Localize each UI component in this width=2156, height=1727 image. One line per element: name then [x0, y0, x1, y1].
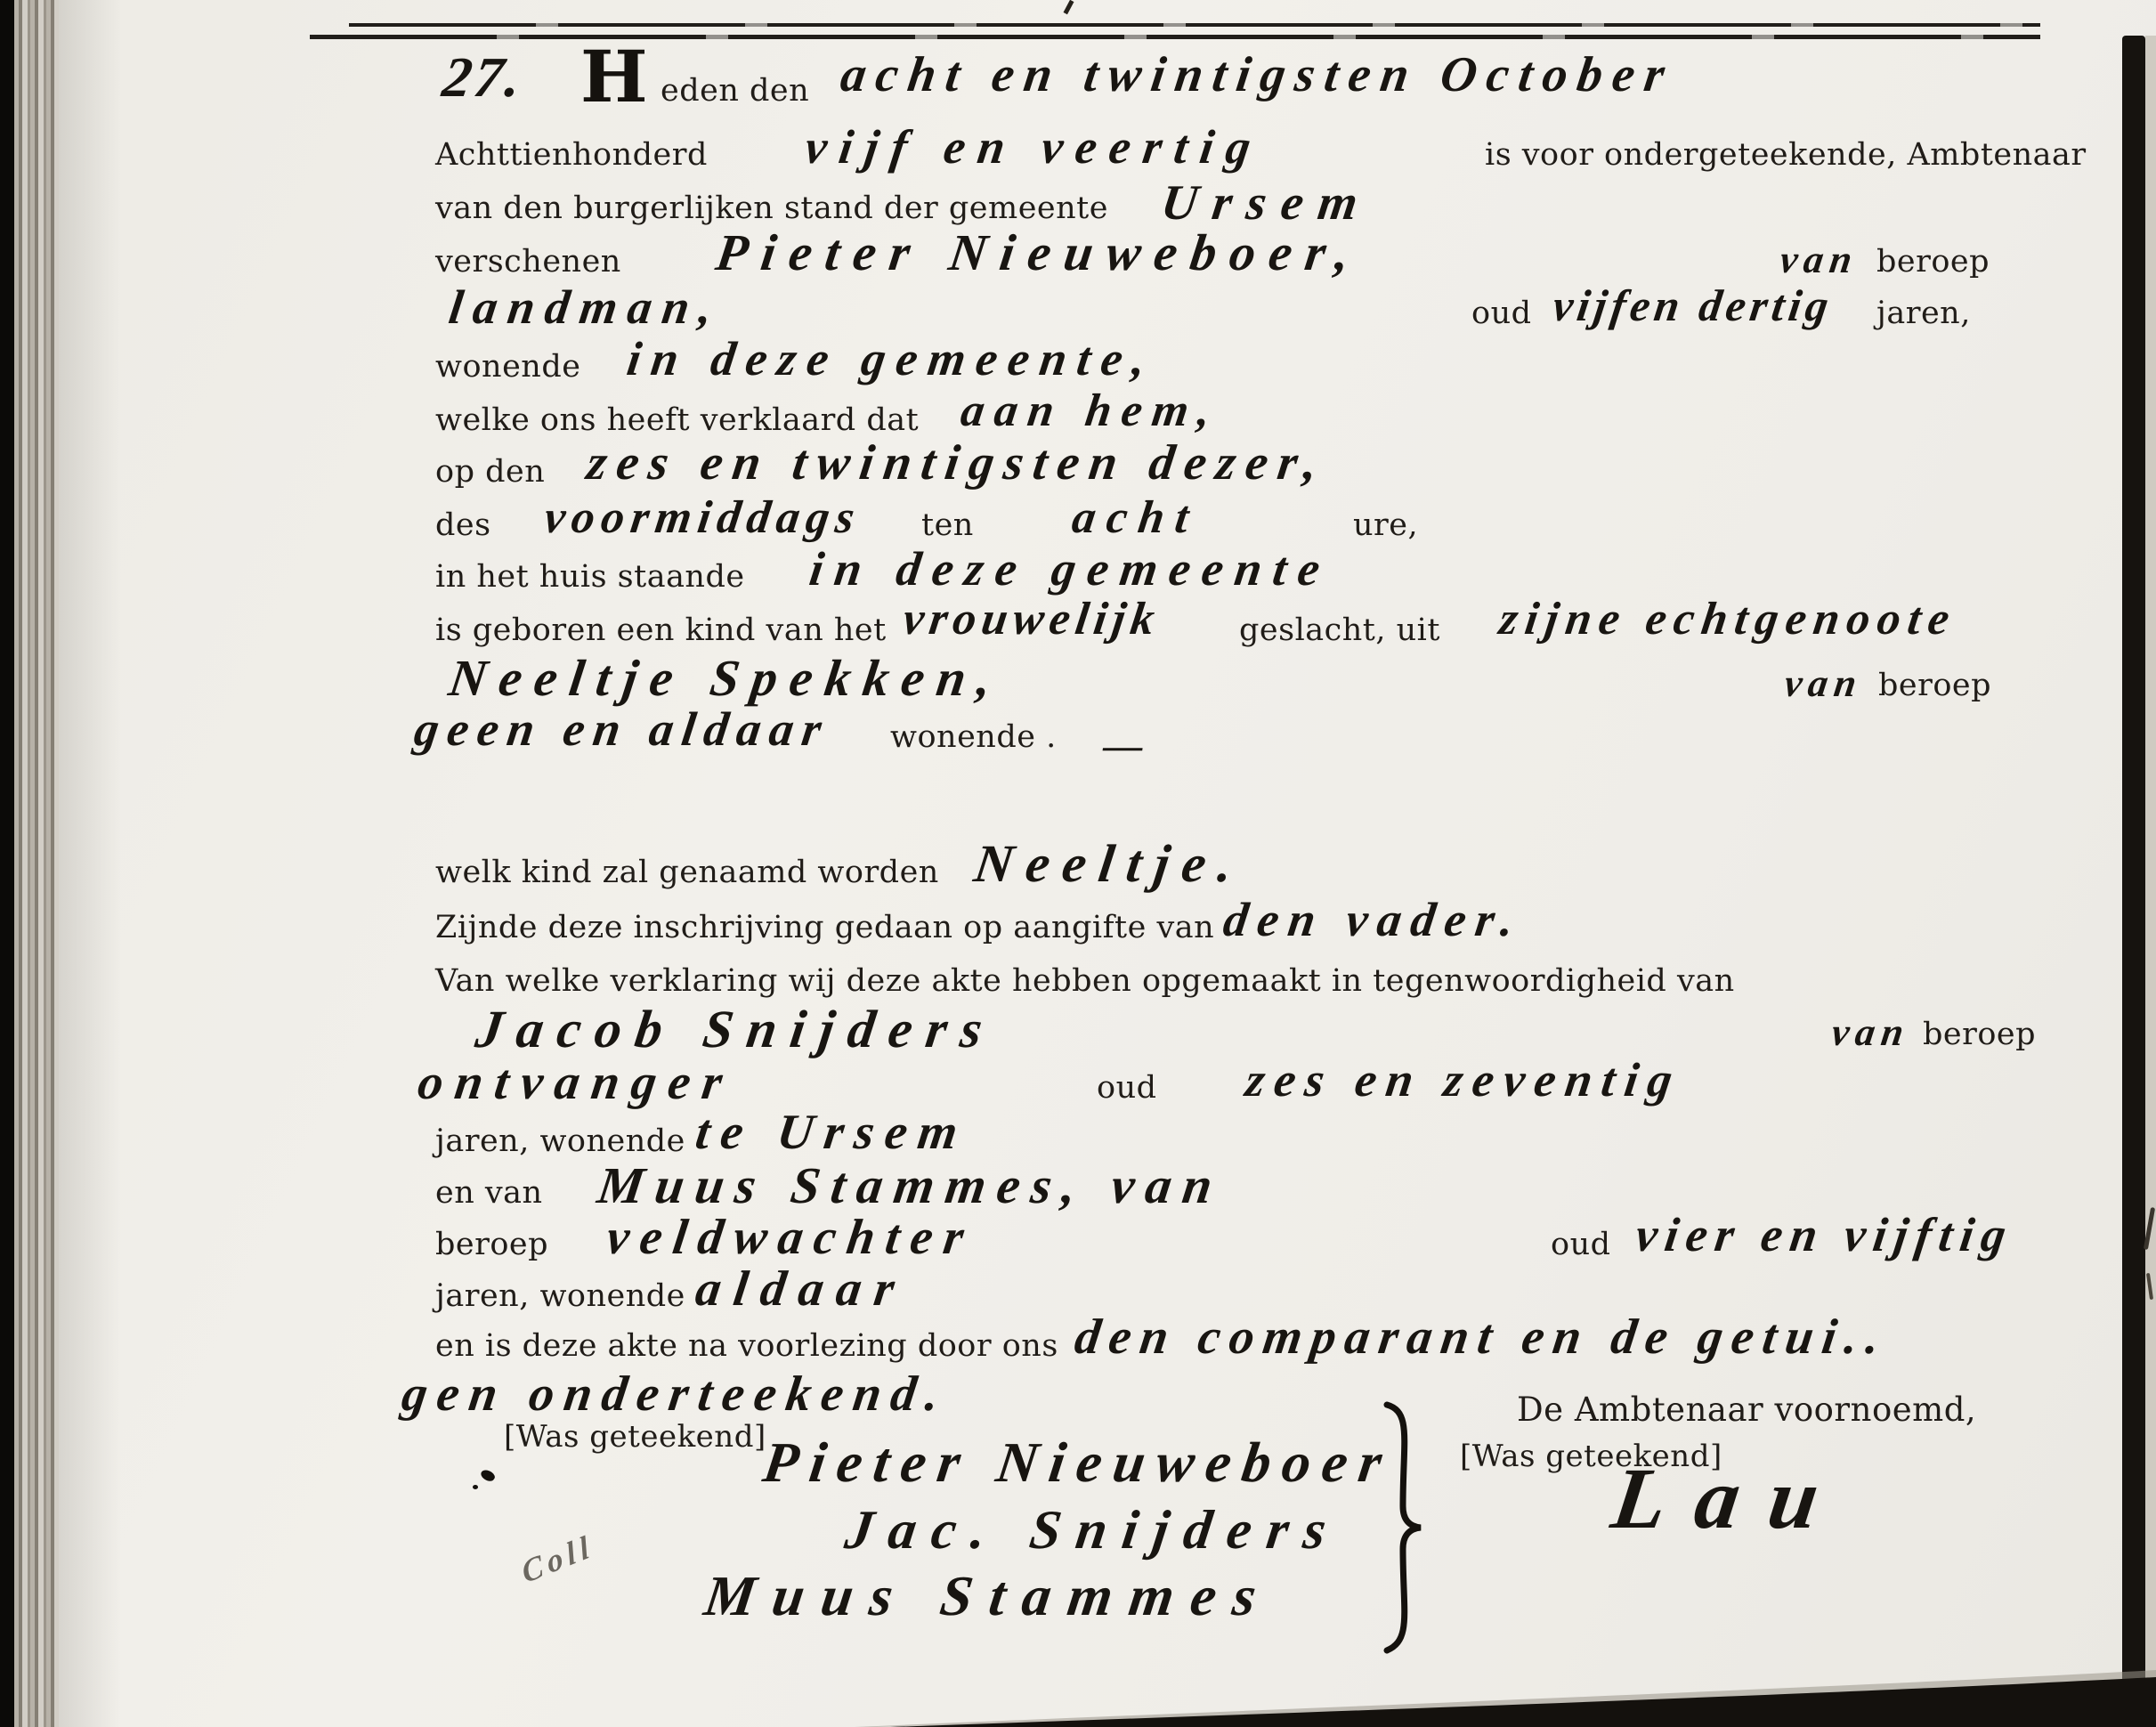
hand-closing-continued: gen onderteekend.	[399, 1366, 952, 1423]
hand-aan-hem: aan hem,	[958, 385, 1224, 437]
form-line-18: ontvanger oud zes en zeventig	[0, 1058, 2156, 1113]
printed-achttienhonderd: Achttienhonderd	[435, 137, 708, 173]
hand-witness1-age: zes en zeventig	[1243, 1052, 1686, 1107]
printed-op-den: op den	[435, 454, 545, 490]
top-rule-lower	[310, 35, 2040, 39]
form-line-16: Van welke verklaring wij deze akte hebbe…	[0, 951, 2156, 1006]
hand-witness2-residence: aldaar	[693, 1261, 912, 1318]
signature-brace	[1378, 1401, 1435, 1654]
hand-dash: —	[1100, 723, 1152, 768]
form-line-1: 27. H eden den acht en twintigsten Octob…	[0, 46, 2156, 101]
form-line-5: landman, oud vijfen dertig jaren,	[0, 283, 2156, 338]
printed-official-intro: is voor ondergeteekende, Ambtenaar	[1485, 137, 2087, 173]
printed-wonende-2: wonende .	[890, 719, 1057, 755]
form-line-17: Jacob Snijders van beroep	[0, 1002, 2156, 1058]
signature-witness1: Jac. Snijders	[841, 1499, 1345, 1562]
printed-jaren-wonende-2: jaren, wonende	[435, 1278, 685, 1314]
printed-beroep-4: beroep	[435, 1227, 548, 1262]
hand-gender: vrouwelijk	[900, 593, 1163, 645]
coll-mark: Coll	[518, 1526, 597, 1591]
hand-witness1-name: Jacob Snijders	[472, 999, 1000, 1060]
printed-witness-intro: Van welke verklaring wij deze akte hebbe…	[435, 963, 1735, 999]
form-line-12: Neeltje Spekken, van beroep	[0, 653, 2156, 709]
hand-closing: den comparant en de getui..	[1072, 1309, 1893, 1366]
printed-wonende-1: wonende	[435, 349, 580, 385]
hand-daypart: voormiddags	[541, 491, 864, 544]
printed-child-named: welk kind zal genaamd worden	[435, 855, 939, 890]
printed-declaration: welke ons heeft verklaard dat	[435, 402, 919, 438]
hand-year: vijf en veertig	[802, 119, 1267, 174]
printed-geslacht-uit: geslacht, uit	[1239, 612, 1440, 648]
signature-official: Lau	[1606, 1449, 1854, 1549]
page-curl-shadow	[0, 1652, 2156, 1727]
form-line-23: en is deze akte na voorlezing door ons d…	[0, 1316, 2156, 1371]
printed-heden-den: eden den	[661, 73, 809, 109]
hand-declarant-age: vijfen dertig	[1550, 280, 1836, 331]
ink-blob	[479, 1467, 496, 1483]
act-number: 27.	[439, 45, 528, 110]
form-line-2: Achttienhonderd vijf en veertig is voor …	[0, 125, 2156, 180]
hand-house-location: in deze gemeente	[806, 541, 1335, 596]
signature-witness2: Muus Stammes	[701, 1563, 1277, 1629]
hand-child-name: Neeltje.	[970, 833, 1249, 895]
hand-mother-name: Neeltje Spekken,	[445, 648, 1008, 708]
stray-ink-mark	[1064, 0, 1074, 14]
hand-witness2-occupation: veldwachter	[604, 1209, 978, 1266]
printed-jaren-wonende-1: jaren, wonende	[435, 1123, 685, 1159]
printed-oud-1: oud	[1471, 296, 1532, 331]
form-line-11: is geboren een kind van het vrouwelijk g…	[0, 600, 2156, 655]
top-rule-upper	[349, 23, 2040, 27]
hand-birth-day: zes en twintigsten dezer,	[584, 434, 1332, 491]
hand-van-2: van	[1781, 661, 1865, 706]
printed-oud-2: oud	[1097, 1070, 1157, 1106]
hand-mother-occupation: geen en aldaar	[411, 701, 834, 757]
form-line-8: op den zes en twintigsten dezer,	[0, 442, 2156, 497]
hand-witness1-occupation: ontvanger	[415, 1054, 738, 1111]
hand-informant: den vader.	[1220, 892, 1528, 947]
hand-birth-registration-date: acht en twintigsten October	[838, 46, 1679, 103]
form-line-4: verschenen Pieter Nieuweboer, van beroep	[0, 230, 2156, 285]
printed-beroep-1: beroep	[1876, 244, 1990, 280]
printed-registration: Zijnde deze inschrijving gedaan op aangi…	[435, 910, 1214, 945]
hand-witness2-age: vier en vijftig	[1633, 1207, 2017, 1262]
printed-jaren-1: jaren,	[1876, 296, 1971, 331]
printed-closing: en is deze akte na voorlezing door ons	[435, 1328, 1058, 1364]
printed-ten: ten	[921, 507, 974, 543]
form-line-13: geen en aldaar wonende . —	[0, 707, 2156, 762]
hand-witness1-residence: te Ursem	[693, 1104, 972, 1161]
drop-cap-initial: H	[580, 41, 648, 112]
form-line-15: Zijnde deze inschrijving gedaan op aangi…	[0, 897, 2156, 953]
printed-house: in het huis staande	[435, 559, 745, 595]
printed-civil-registry: van den burgerlijken stand der gemeente	[435, 191, 1108, 226]
hand-hour: acht	[1069, 491, 1204, 544]
hand-van-1: van	[1777, 237, 1860, 282]
printed-born-child: is geboren een kind van het	[435, 612, 887, 648]
printed-ure: ure,	[1353, 507, 1418, 543]
hand-declarant-residence: in deze gemeente,	[624, 331, 1160, 386]
printed-des: des	[435, 507, 491, 543]
birth-record-scan: 27. H eden den acht en twintigsten Octob…	[0, 0, 2156, 1727]
printed-beroep-3: beroep	[1923, 1017, 2036, 1052]
hand-mother-relation: zijne echtgenoote	[1496, 593, 1960, 645]
hand-declarant-occupation: landman,	[446, 280, 726, 335]
printed-verschenen: verschenen	[435, 244, 621, 280]
form-line-6: wonende in deze gemeente,	[0, 336, 2156, 392]
hand-van-3: van	[1828, 1009, 1912, 1055]
form-line-14: welk kind zal genaamd worden Neeltje.	[0, 842, 2156, 897]
was-geteekend-left: [Was geteekend]	[504, 1419, 766, 1455]
printed-en-van: en van	[435, 1175, 543, 1211]
form-line-21: beroep veldwachter oud vier en vijftig	[0, 1214, 2156, 1269]
ink-dot	[473, 1485, 478, 1489]
printed-beroep-2: beroep	[1878, 668, 1991, 703]
hand-witness2-name: Muus Stammes, van	[594, 1155, 1227, 1215]
printed-oud-3: oud	[1551, 1227, 1611, 1262]
official-title: De Ambtenaar voornoemd,	[1517, 1391, 1976, 1429]
hand-declarant-name: Pieter Nieuweboer,	[712, 223, 1366, 282]
signature-declarant: Pieter Nieuweboer	[759, 1430, 1398, 1496]
